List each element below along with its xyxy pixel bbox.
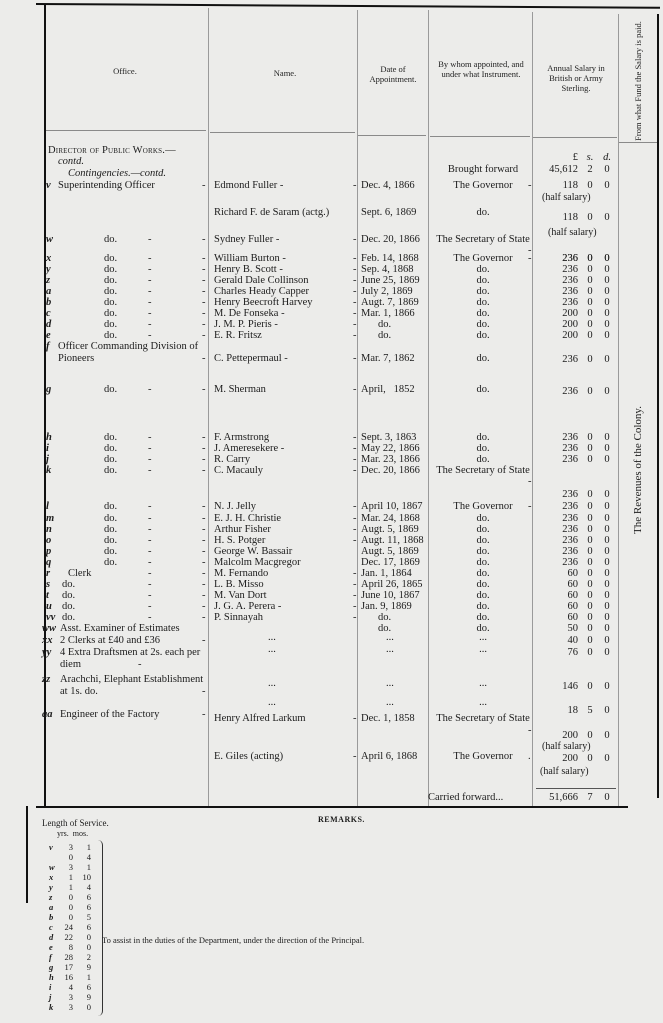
table-row: E. Giles (acting) - April 6, 1868 The Go… xyxy=(0,751,663,763)
row-name: C. Macauly xyxy=(214,465,263,477)
los-years: 1 xyxy=(59,882,73,892)
carried-forward-shillings: 7 xyxy=(585,792,595,804)
row-shillings: 0 xyxy=(585,354,595,366)
row-pence: 0 xyxy=(602,180,612,192)
row-office: do. xyxy=(104,384,117,396)
los-key: b xyxy=(49,912,53,922)
row-date: April 10, 1867 xyxy=(361,501,423,513)
dash: . xyxy=(528,751,531,763)
dash: - xyxy=(353,234,357,246)
row-name-dots: ... xyxy=(268,697,276,709)
row-appointed-by: ... xyxy=(430,678,536,690)
header-by-whom: By whom appointed, and under what Instru… xyxy=(436,59,526,79)
row-appointed-by: ... xyxy=(430,644,536,656)
row-appointed-by: The Secretary of State xyxy=(430,465,536,476)
row-date-dots: ... xyxy=(386,697,394,709)
table-row: g do. -- M. Sherman - April, 1852 do. 23… xyxy=(0,384,663,396)
row-pounds: 236 xyxy=(542,354,578,366)
row-pounds: 76 xyxy=(542,647,578,659)
dash: - xyxy=(202,180,206,192)
los-key: w xyxy=(49,862,55,872)
los-years: 4 xyxy=(59,982,73,992)
los-months: 6 xyxy=(77,922,91,932)
row-date: Dec. 1, 1858 xyxy=(361,713,415,725)
table-row: w do. - - Sydney Fuller - - Dec. 20, 186… xyxy=(0,234,663,246)
los-years: 24 xyxy=(59,922,73,932)
los-months: 0 xyxy=(77,942,91,952)
list-item: k30 xyxy=(44,1002,104,1012)
total-rule xyxy=(536,788,616,789)
los-key: c xyxy=(49,922,53,932)
los-key: f xyxy=(49,952,52,962)
row-pence: 0 xyxy=(602,681,612,693)
row-office: Asst. Examiner of Estimates xyxy=(60,623,180,635)
los-years: 0 xyxy=(59,912,73,922)
list-item: c246 xyxy=(44,922,104,932)
list-item: v31 xyxy=(44,842,104,852)
los-key: x xyxy=(49,872,53,882)
row-appointed-by: do. xyxy=(430,384,536,396)
header-date: Date of Appointment. xyxy=(360,64,426,84)
dash: - xyxy=(202,234,206,246)
header-rule xyxy=(533,137,617,138)
brought-forward-pounds: 45,612 xyxy=(542,164,578,176)
header-salary: Annual Salary in British or Army Sterlin… xyxy=(538,63,614,93)
table-row: ww Asst. Examiner of Estimates do. do. 5… xyxy=(0,623,663,635)
table-row: Richard F. de Saram (actg.) Sept. 6, 186… xyxy=(0,207,663,219)
row-pounds: 236 xyxy=(542,489,578,501)
los-months: 2 xyxy=(77,952,91,962)
row-pence: 0 xyxy=(602,212,612,224)
row-date: Sept. 6, 1869 xyxy=(361,207,416,219)
dash: - xyxy=(353,751,357,763)
row-date: Dec. 4, 1866 xyxy=(361,180,415,192)
row-pounds: 118 xyxy=(542,180,578,192)
row-pence: 0 xyxy=(602,753,612,765)
dash: - xyxy=(202,686,206,698)
dash: - xyxy=(202,465,206,477)
los-key: z xyxy=(49,892,52,902)
los-months: 6 xyxy=(77,982,91,992)
los-months: 4 xyxy=(77,882,91,892)
los-months: 1 xyxy=(77,862,91,872)
los-key: k xyxy=(49,1002,53,1012)
dash: - xyxy=(528,180,532,192)
row-pence: 0 xyxy=(602,623,612,635)
row-date: ... xyxy=(386,678,394,690)
list-item: 04 xyxy=(44,852,104,862)
header-rule xyxy=(358,135,426,136)
dash: - xyxy=(148,234,152,246)
table-row: Henry Alfred Larkum - Dec. 1, 1858 The S… xyxy=(0,713,663,737)
list-item: a06 xyxy=(44,902,104,912)
los-years: 3 xyxy=(59,842,73,852)
row-appointed-by: The Secretary of State xyxy=(430,713,536,724)
header-name: Name. xyxy=(240,68,330,78)
los-key: y xyxy=(49,882,53,892)
list-item: h161 xyxy=(44,972,104,982)
los-months: 1 xyxy=(77,842,91,852)
row-pence: 0 xyxy=(602,489,612,501)
list-item: e80 xyxy=(44,942,104,952)
section-sub: Contingencies.—contd. xyxy=(68,168,166,180)
row-name: N. J. Jelly xyxy=(214,501,256,513)
row-name: Sydney Fuller - xyxy=(214,234,279,246)
brought-forward-row: Contingencies.—contd. Brought forward 45… xyxy=(0,168,663,180)
currency-units-row: £ s. d. xyxy=(0,152,663,164)
los-months: 0 xyxy=(77,1002,91,1012)
los-years: 0 xyxy=(59,892,73,902)
list-item: y14 xyxy=(44,882,104,892)
row-name: Richard F. de Saram (actg.) xyxy=(214,207,329,219)
note-row: (half salary) xyxy=(0,192,663,204)
row-office: do. xyxy=(104,501,117,513)
los-months: 9 xyxy=(77,962,91,972)
dash: - xyxy=(138,659,142,671)
header-rule xyxy=(210,132,355,133)
row-shillings: 0 xyxy=(585,753,595,765)
table-row: xx 2 Clerks at £40 and £36 - ... ... ...… xyxy=(0,635,663,647)
los-months: 0 xyxy=(77,932,91,942)
header-fund: From what Fund the Salary is paid. xyxy=(618,18,658,143)
dash: - xyxy=(353,384,357,396)
los-years: 17 xyxy=(59,962,73,972)
row-office: do. xyxy=(104,465,117,477)
table-row: zz Arachchi, Elephant Establishment at 1… xyxy=(0,674,663,698)
row-note: (half salary) xyxy=(542,192,591,204)
brought-forward-pence: 0 xyxy=(602,164,612,176)
row-office: Officer Commanding Division of Pioneers xyxy=(58,341,206,365)
row-appointed-by: The Governor xyxy=(430,180,536,192)
row-date: Mar. 7, 1862 xyxy=(361,353,415,365)
length-of-service-subheader: yrs. mos. xyxy=(57,829,88,838)
table-row: k do. -- C. Macauly - Dec. 20, 1866 The … xyxy=(0,465,663,489)
row-shillings: 0 xyxy=(585,386,595,398)
carried-forward-row: Carried forward... 51,666 7 0 xyxy=(0,792,663,804)
remarks-title: REMARKS. xyxy=(318,815,365,824)
row-appointed-by: The Secretary of State xyxy=(430,234,536,245)
header-rule xyxy=(46,130,206,131)
row-key: l xyxy=(46,501,68,513)
row-appointed-by: The Governor xyxy=(430,751,536,763)
list-item: x110 xyxy=(44,872,104,882)
dash: - xyxy=(148,501,152,513)
row-date: Dec. 20, 1866 xyxy=(361,465,420,477)
row-shillings: 0 xyxy=(585,180,595,192)
row-name: M. Sherman xyxy=(214,384,266,396)
row-appointed-by: The Governor xyxy=(430,501,536,513)
shillings-unit: s. xyxy=(585,152,595,164)
los-key: a xyxy=(49,902,53,912)
los-months: 5 xyxy=(77,912,91,922)
remarks-note: To assist in the duties of the Departmen… xyxy=(102,935,364,945)
row-key: k xyxy=(46,465,68,477)
los-years: 0 xyxy=(59,852,73,862)
los-key: i xyxy=(49,982,51,992)
row-shillings: 0 xyxy=(585,623,595,635)
row-shillings: 0 xyxy=(585,681,595,693)
row-name: C. Pettepermaul - xyxy=(214,353,288,365)
row-date: April 6, 1868 xyxy=(361,751,417,763)
bottom-rule xyxy=(36,806,628,808)
list-item: i46 xyxy=(44,982,104,992)
list-item: g179 xyxy=(44,962,104,972)
row-pence: 0 xyxy=(602,354,612,366)
table-row: v Superintending Officer - Edmond Fuller… xyxy=(0,180,663,192)
row-name: ... xyxy=(268,632,276,644)
dash: - xyxy=(353,180,357,192)
list-item: j39 xyxy=(44,992,104,1002)
row-shillings: 0 xyxy=(585,647,595,659)
row-office: 2 Clerks at £40 and £36 xyxy=(60,635,160,647)
los-years: 16 xyxy=(59,972,73,982)
dash: - xyxy=(353,353,357,365)
brace-icon xyxy=(96,840,103,1016)
row-pounds: 40 xyxy=(542,635,578,647)
row-office: Superintending Officer xyxy=(58,180,155,192)
length-of-service-title: Length of Service. xyxy=(42,818,109,828)
dash: - xyxy=(353,501,357,513)
los-key: j xyxy=(49,992,51,1002)
remarks-left-border xyxy=(26,806,28,903)
list-item: f282 xyxy=(44,952,104,962)
row-pence: 0 xyxy=(602,501,612,513)
los-months: 4 xyxy=(77,852,91,862)
dash: - xyxy=(528,725,532,737)
dash: - xyxy=(528,501,532,513)
dash: - xyxy=(353,465,357,477)
list-item: z06 xyxy=(44,892,104,902)
los-years: 3 xyxy=(59,1002,73,1012)
los-years: 8 xyxy=(59,942,73,952)
los-key: v xyxy=(49,842,53,852)
row-note: (half salary) xyxy=(540,766,589,778)
row-pence: 0 xyxy=(602,647,612,659)
table-row: yy 4 Extra Draftsmen at 2s. each per die… xyxy=(0,647,663,671)
los-months: 1 xyxy=(77,972,91,982)
los-key: h xyxy=(49,972,54,982)
ledger-page: Office. Name. Date of Appointment. By wh… xyxy=(0,0,663,1023)
row-date: ... xyxy=(386,644,394,656)
row-name: ... xyxy=(268,678,276,690)
row-pounds: 236 xyxy=(542,386,578,398)
row-pounds: 118 xyxy=(542,212,578,224)
row-pounds: 50 xyxy=(542,623,578,635)
row-shillings: 0 xyxy=(585,635,595,647)
row-pence: 0 xyxy=(602,386,612,398)
los-months: 9 xyxy=(77,992,91,1002)
row-key: g xyxy=(46,384,68,396)
row-shillings: 0 xyxy=(585,212,595,224)
carried-forward-pounds: 51,666 xyxy=(542,792,578,804)
row-appointed-by: ... xyxy=(430,632,536,644)
dash: - xyxy=(148,465,152,477)
pence-unit: d. xyxy=(602,152,612,164)
row-pence: 0 xyxy=(602,635,612,647)
row-office: Arachchi, Elephant Establishment at 1s. … xyxy=(60,674,206,698)
los-years: 3 xyxy=(59,862,73,872)
row-date: ... xyxy=(386,632,394,644)
table-row: l do. -- N. J. Jelly - April 10, 1867 Th… xyxy=(0,501,663,513)
list-item: w31 xyxy=(44,862,104,872)
row-date: April, 1852 xyxy=(361,384,415,396)
row-pounds: 200 xyxy=(542,753,578,765)
row-by-dots: ... xyxy=(430,697,536,709)
los-years: 28 xyxy=(59,952,73,962)
carried-forward-pence: 0 xyxy=(602,792,612,804)
row-shillings: 0 xyxy=(585,501,595,513)
row-office: 4 Extra Draftsmen at 2s. each per diem xyxy=(60,647,208,671)
row-name: ... xyxy=(268,644,276,656)
list-item: d220 xyxy=(44,932,104,942)
top-rule xyxy=(36,3,660,9)
row-name: Henry Alfred Larkum xyxy=(214,713,306,725)
row-name: Edmond Fuller - xyxy=(214,180,283,192)
row-appointed-by: do. xyxy=(430,207,536,219)
dash: - xyxy=(148,384,152,396)
los-months: 6 xyxy=(77,902,91,912)
dash: - xyxy=(202,635,206,647)
row-office: do. xyxy=(104,234,117,246)
row-shillings: 0 xyxy=(585,489,595,501)
row-key: w xyxy=(46,234,68,246)
header-rule xyxy=(430,136,530,137)
row-pounds: 146 xyxy=(542,681,578,693)
los-key: g xyxy=(49,962,53,972)
header-fund-text: From what Fund the Salary is paid. xyxy=(633,21,643,141)
row-appointed-by: do. xyxy=(430,353,536,365)
row-name: E. Giles (acting) xyxy=(214,751,283,763)
dash: - xyxy=(202,353,206,365)
los-key: e xyxy=(49,942,53,952)
dash: - xyxy=(528,476,532,488)
row-date: Dec. 20, 1866 xyxy=(361,234,420,246)
los-months: 6 xyxy=(77,892,91,902)
list-item: b05 xyxy=(44,912,104,922)
los-months: 10 xyxy=(77,872,91,882)
dash: - xyxy=(202,501,206,513)
los-years: 0 xyxy=(59,902,73,912)
note-row: (half salary) xyxy=(0,766,663,778)
table-row: f Officer Commanding Division of Pioneer… xyxy=(0,341,663,365)
carried-forward-label: Carried forward... xyxy=(428,792,503,804)
header-office: Office. xyxy=(80,66,170,76)
brought-forward-label: Brought forward xyxy=(430,164,536,176)
dash: - xyxy=(202,384,206,396)
pounds-unit: £ xyxy=(542,152,578,164)
row-pounds: 236 xyxy=(542,501,578,513)
brought-forward-shillings: 2 xyxy=(585,164,595,176)
los-years: 22 xyxy=(59,932,73,942)
los-years: 3 xyxy=(59,992,73,1002)
los-years: 1 xyxy=(59,872,73,882)
dash: - xyxy=(353,713,357,725)
los-key: d xyxy=(49,932,53,942)
